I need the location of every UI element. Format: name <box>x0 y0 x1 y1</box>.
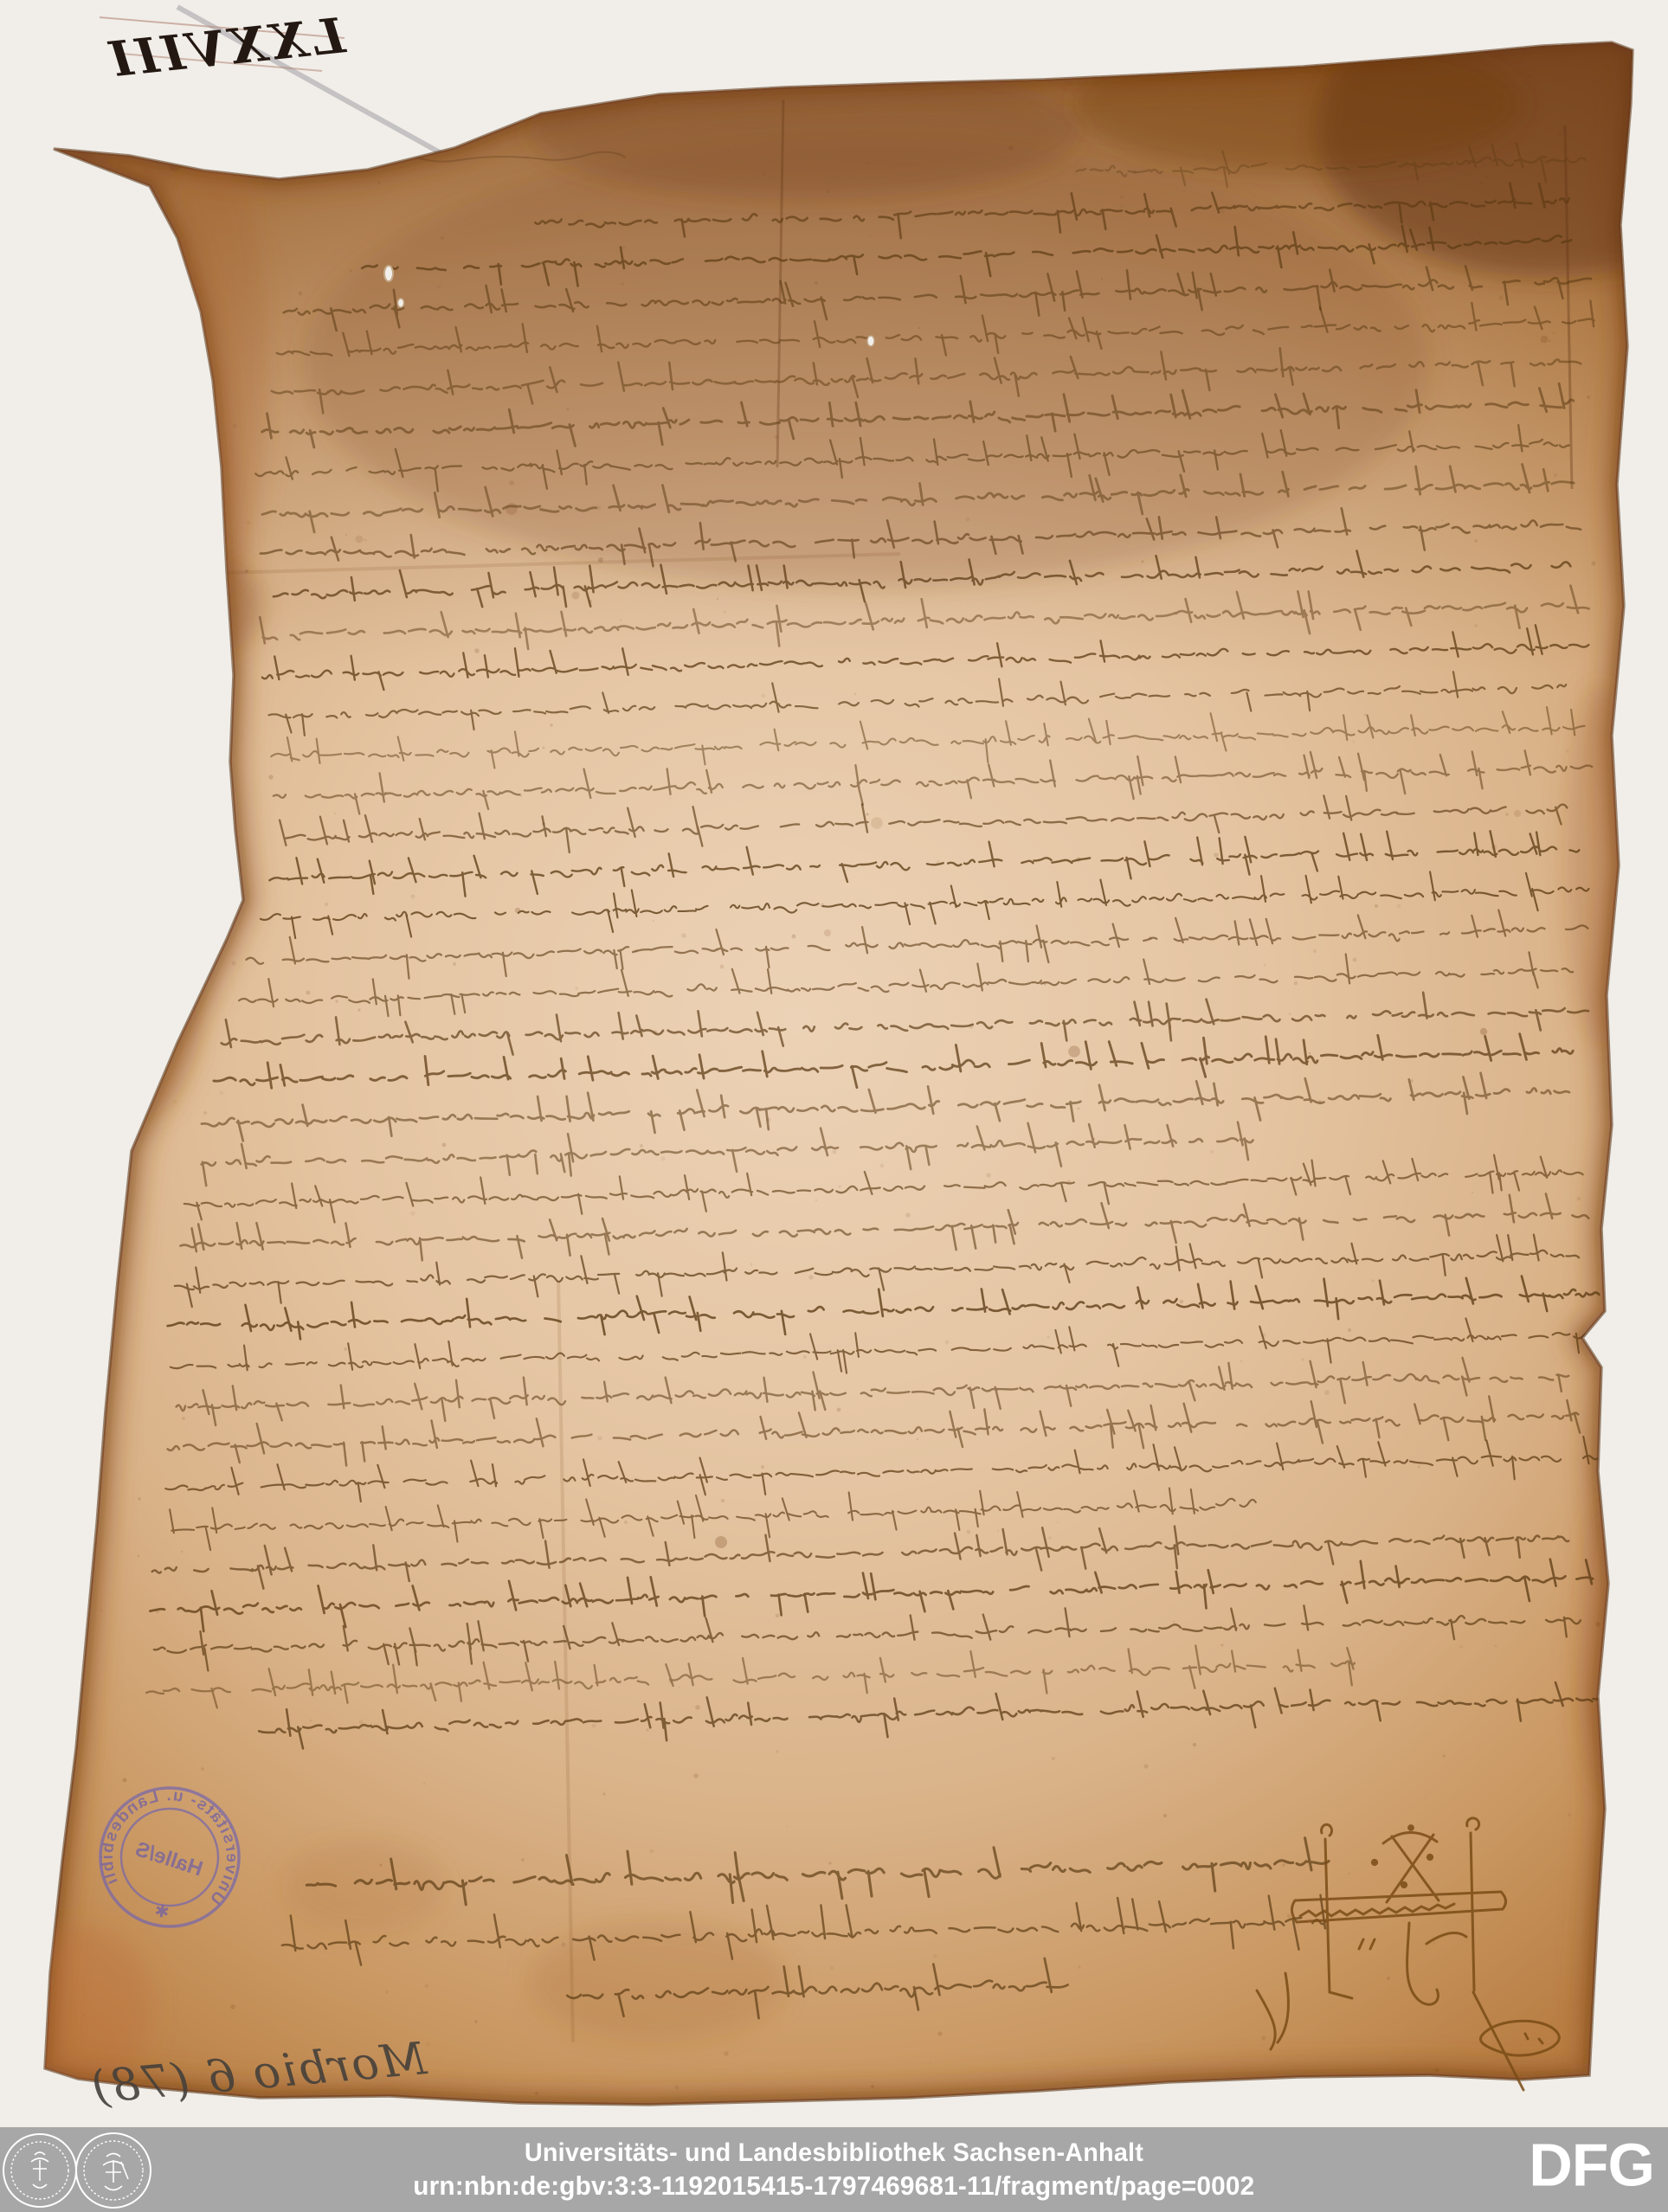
urn-identifier: urn:nbn:de:gbv:3:3-1192015415-1797469681… <box>413 2172 1254 2199</box>
dfg-logo: DFG <box>1529 2134 1654 2195</box>
parchment-hole <box>384 266 393 281</box>
institution-name: Universitäts- und Landesbibliothek Sachs… <box>525 2140 1143 2166</box>
stamp-star: ✱ <box>153 1901 171 1922</box>
folio-number-text: LXXVIII <box>104 7 350 89</box>
parchment: Universitäts- u. Landesbibliothek Halle/… <box>0 0 1668 2114</box>
parchment-hole <box>398 299 404 307</box>
manuscript-scan: LXXVIII <box>0 0 1668 2212</box>
parchment-hole <box>867 336 874 346</box>
folio-number-annotation: LXXVIII <box>100 7 485 177</box>
footer-bar: Universitäts- und Landesbibliothek Sachs… <box>0 2127 1668 2212</box>
scan-viewer-page: LXXVIII <box>0 0 1668 2212</box>
